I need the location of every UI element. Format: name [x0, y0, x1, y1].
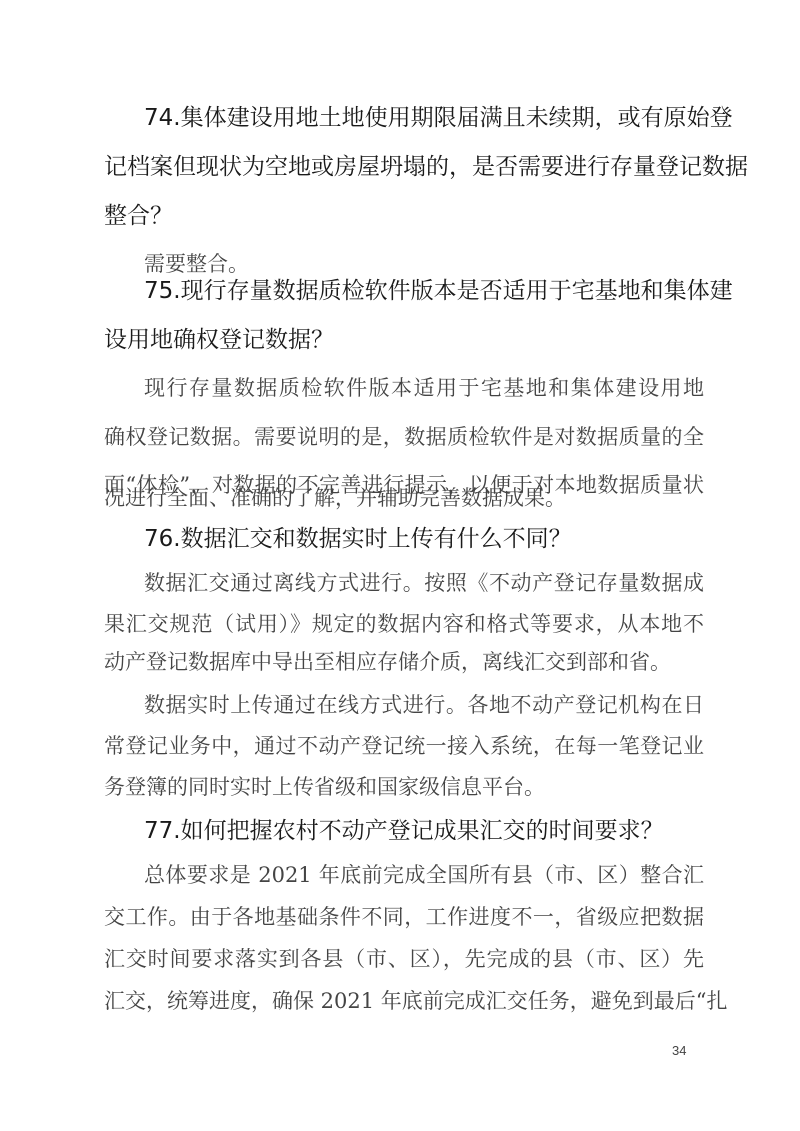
- answer-76-p1-line-1: 数据汇交通过离线方式进行。按照《不动产登记存量数据成: [144, 563, 704, 603]
- answer-77-line-3: 汇交时间要求落实到各县（市、区），先完成的县（市、区）先: [104, 939, 704, 979]
- answer-77-line-1: 总体要求是 2021 年底前完成全国所有县（市、区）整合汇: [144, 855, 704, 895]
- document-page: 74.集体建设用地土地使用期限届满且未续期，或有原始登 记档案但现状为空地或房屋…: [0, 0, 800, 1131]
- question-76-line-1: 76.数据汇交和数据实时上传有什么不同？: [144, 519, 704, 559]
- answer-76-p2-line-3: 务登簿的同时实时上传省级和国家级信息平台。: [104, 767, 704, 807]
- answer-76-p2-line-2: 常登记业务中，通过不动产登记统一接入系统，在每一笔登记业: [104, 726, 704, 766]
- answer-76-p1-line-2: 果汇交规范（试用）》规定的数据内容和格式等要求，从本地不: [104, 604, 704, 644]
- answer-76-p2-line-1: 数据实时上传通过在线方式进行。各地不动产登记机构在日: [144, 685, 704, 725]
- question-75-line-1: 75.现行存量数据质检软件版本是否适用于宅基地和集体建: [144, 271, 704, 311]
- question-77-line-1: 77.如何把握农村不动产登记成果汇交的时间要求？: [144, 811, 704, 851]
- answer-76-p1-line-3: 动产登记数据库中导出至相应存储介质，离线汇交到部和省。: [104, 642, 704, 682]
- answer-77-line-2: 交工作。由于各地基础条件不同，工作进度不一，省级应把数据: [104, 897, 704, 937]
- answer-75-line-2: 确权登记数据。需要说明的是，数据质检软件是对数据质量的全: [104, 417, 704, 457]
- answer-77-line-4: 汇交，统筹进度，确保 2021 年底前完成汇交任务，避免到最后“扎: [104, 981, 704, 1021]
- page-number: 34: [672, 1043, 686, 1058]
- question-75-line-2: 设用地确权登记数据？: [104, 320, 704, 360]
- question-74-line-2: 记档案但现状为空地或房屋坍塌的，是否需要进行存量登记数据: [104, 147, 704, 187]
- answer-75-line-4: 况进行全面、准确的了解，并辅助完善数据成果。: [104, 478, 704, 518]
- question-74-line-3: 整合？: [104, 196, 704, 236]
- answer-75-line-1: 现行存量数据质检软件版本适用于宅基地和集体建设用地: [144, 368, 704, 408]
- question-74-line-1: 74.集体建设用地土地使用期限届满且未续期，或有原始登: [144, 98, 704, 138]
